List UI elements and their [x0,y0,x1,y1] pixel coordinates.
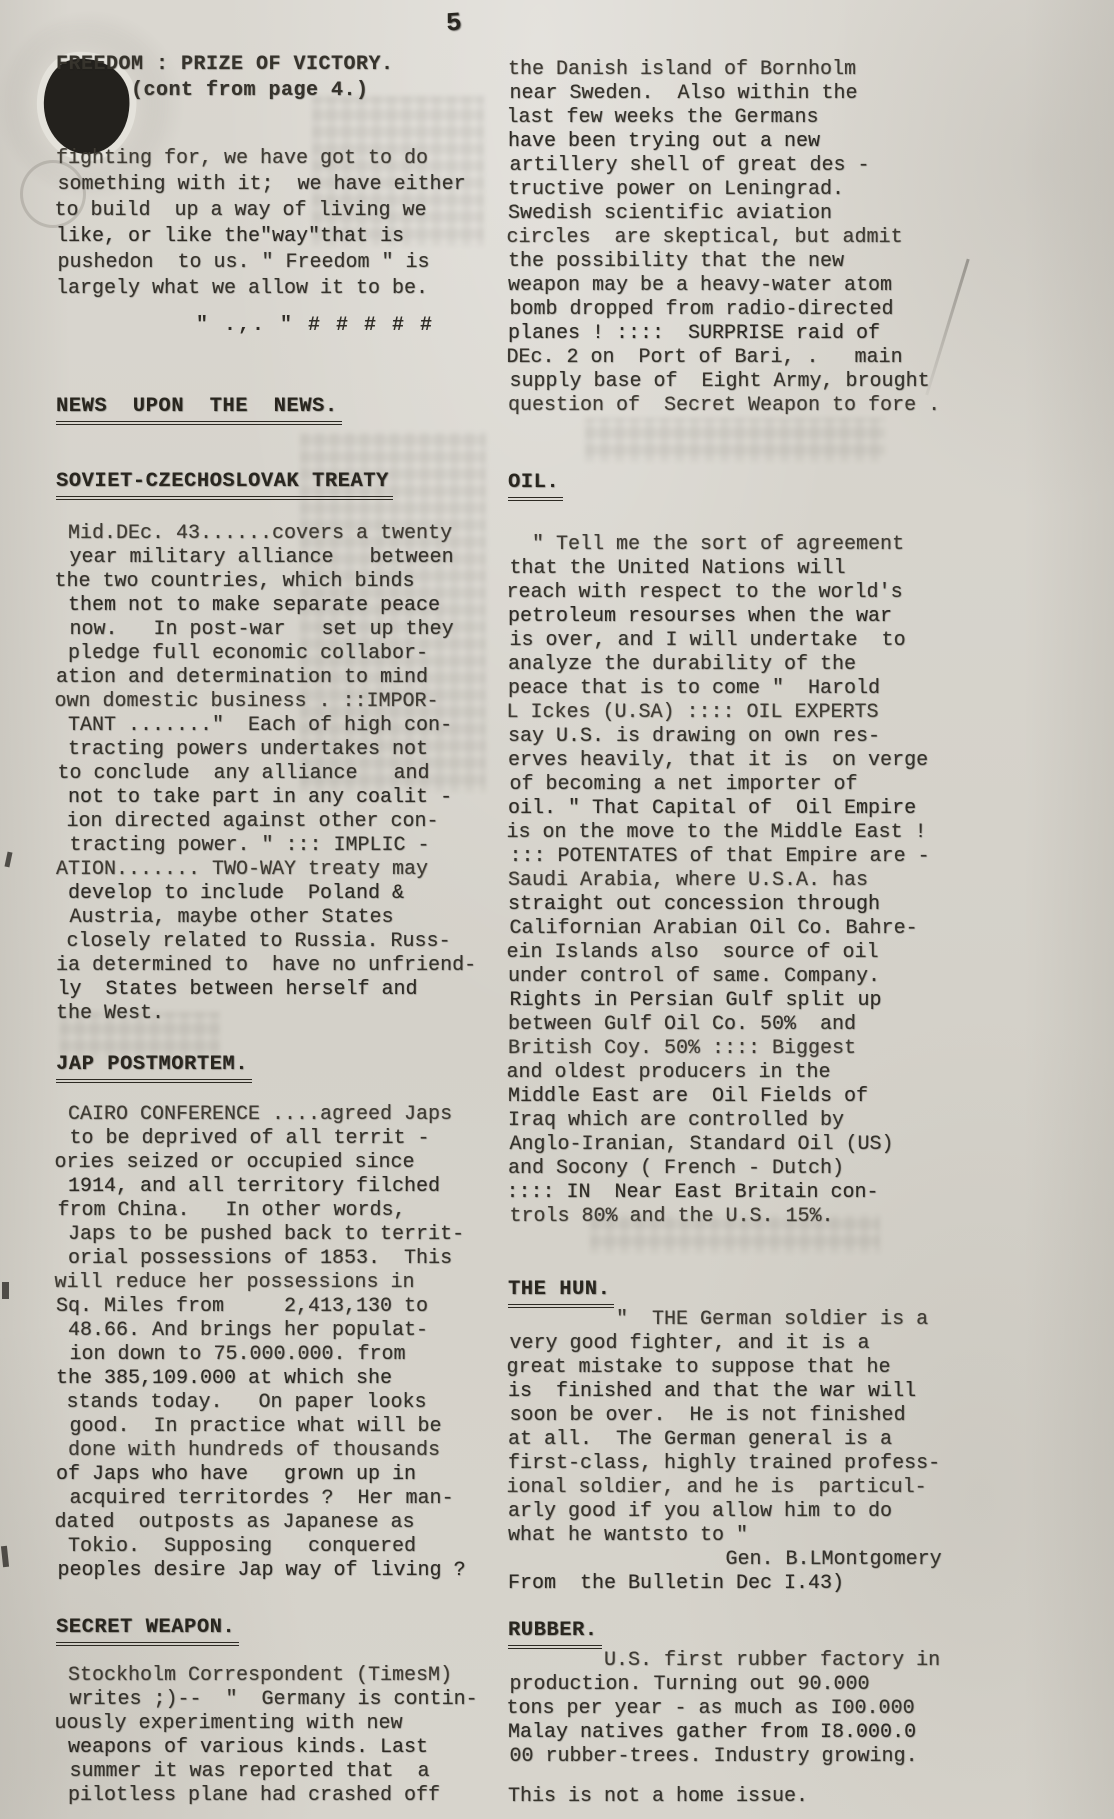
text-line: Anglo-Iranian, Standard Oil (US) [510,1133,1110,1157]
text-line: the Danish island of Bornholm [508,58,1108,82]
section-soviet-czechoslovak-treaty: SOVIET-CZECHOSLOVAK TREATY Mid.DEc. 43..… [56,469,506,1026]
text-line: Austria, maybe other States [58,906,508,930]
text-line: U.S. first rubber factory in [508,1649,1108,1673]
text-line: very good fighter, and it is a [510,1332,1110,1356]
text-line: arly good if you allow him to do [508,1500,1108,1524]
text-line: ia determined to have no unfriend- [56,954,506,978]
soviet-treaty-body: Mid.DEc. 43......covers a twenty year mi… [56,522,506,1026]
text-line: :::: IN Near East Britain con- [507,1181,1107,1205]
footer-note: This is not a home issue. [508,1785,1108,1809]
text-line: have been trying out a new [508,130,1108,154]
text-line: oil. " That Capital of Oil Empire [508,797,1108,821]
text-line: ::: POTENTATES of that Empire are - [510,845,1110,869]
text-line: under control of same. Company. [508,965,1108,989]
text-line: L Ickes (U.SA) :::: OIL EXPERTS [507,701,1107,725]
section-heading-the-hun: THE HUN. [508,1277,614,1308]
text-line: will reduce her possessions in [55,1271,505,1295]
text-line: Swedish scientific aviation [508,202,1108,226]
heading-row: SECRET WEAPON. [56,1615,506,1646]
text-line: Californian Arabian Oil Co. Bahre- [510,917,1110,941]
left-column: FREEDOM : PRIZE OF VICTORY. (cont from p… [56,52,506,1808]
article-title-continuation: (cont from page 4.) [56,78,506,104]
right-column: the Danish island of Bornholmnear Sweden… [508,58,1108,1809]
section-jap-postmortem: JAP POSTMORTEM. CAIRO CONFERENCE ....agr… [56,1052,506,1583]
text-line: orial possessions of 1853. This [56,1247,506,1271]
the-hun-body: " THE German soldier is avery good fight… [508,1308,1108,1596]
text-line: production. Turning out 90.000 [510,1673,1110,1697]
text-line: say U.S. is drawing on own res- [508,725,1108,749]
document-page: 5 FREEDOM : PRIZE OF VICTORY. (cont from… [0,0,1114,1819]
text-line: fighting for, we have got to do [56,146,506,172]
text-line: to conclude any alliance and [58,762,508,786]
secret-weapon-continuation-body: the Danish island of Bornholmnear Sweden… [508,58,1108,418]
text-line: British Coy. 50% :::: Biggest [508,1037,1108,1061]
text-line: circles are skeptical, but admit [507,226,1107,250]
text-line: at all. The German general is a [508,1428,1108,1452]
section-heading-rubber: RUBBER. [508,1618,602,1649]
text-line: tons per year - as much as I00.000 [507,1697,1107,1721]
text-line: TANT ......." Each of high con- [56,714,506,738]
text-line: 00 rubber-trees. Industry growing. [510,1745,1110,1769]
text-line: " THE German soldier is a [508,1308,1108,1332]
text-line: that the United Nations will [510,557,1110,581]
text-line: Malay natives gather from I8.000.0 [508,1721,1108,1745]
text-line: and oldest producers in the [507,1061,1107,1085]
text-line: straight out concession through [508,893,1108,917]
text-line: between Gulf Oil Co. 50% and [508,1013,1108,1037]
text-line: Tokio. Supposing conquered [56,1535,506,1559]
text-line: uously experimenting with new [55,1712,505,1736]
section-oil: OIL. " Tell me the sort of agreementthat… [508,470,1108,1229]
section-heading-oil: OIL. [508,470,563,501]
text-line: Saudi Arabia, where U.S.A. has [508,869,1108,893]
text-line: own domestic business . ::IMPOR- [55,690,505,714]
section-heading-jap-postmortem: JAP POSTMORTEM. [56,1052,252,1083]
text-line: soon be over. He is not finished [510,1404,1110,1428]
ink-speck [1,1546,9,1568]
text-line: last few weeks the Germans [507,106,1107,130]
heading-row: THE HUN. [508,1277,1108,1308]
text-line: 1914, and all territory filched [56,1175,506,1199]
text-line: From the Bulletin Dec I.43) [508,1572,1108,1596]
text-line: ion directed against other con- [55,810,505,834]
text-line: what he wantsto to " [508,1524,1108,1548]
rubber-body: U.S. first rubber factory inproduction. … [508,1649,1108,1769]
text-line: the West. [56,1002,506,1026]
text-line: Mid.DEc. 43......covers a twenty [56,522,506,546]
ink-speck [4,852,12,868]
article-title-line: FREEDOM : PRIZE OF VICTORY. [56,52,506,78]
text-line: them not to make separate peace [56,594,506,618]
typed-separator: " .,. " # # # # # [56,314,506,338]
heading-row: JAP POSTMORTEM. [56,1052,506,1083]
text-line: pledge full economic collabor- [56,642,506,666]
text-line: artillery shell of great des - [510,154,1110,178]
text-line: of becoming a net importer of [510,773,1110,797]
text-line: ion down to 75.000.000. from [58,1343,508,1367]
text-line: 48.66. And brings her populat- [56,1319,506,1343]
text-line: good. In practice what will be [58,1415,508,1439]
text-line: now. In post-war set up they [58,618,508,642]
text-line: peoples desire Jap way of living ? [58,1559,508,1583]
text-line: ional soldier, and he is particul- [507,1476,1107,1500]
text-line: erves heavily, that it is on verge [508,749,1108,773]
text-line: Rights in Persian Gulf split up [510,989,1110,1013]
text-line: first-class, highly trained profess- [508,1452,1108,1476]
text-line: closely related to Russia. Russ- [55,930,505,954]
text-line: from China. In other words, [58,1199,508,1223]
text-line: develop to include Poland & [56,882,506,906]
section-heading-secret-weapon: SECRET WEAPON. [56,1615,239,1646]
text-line: is finished and that the war will [508,1380,1108,1404]
text-line: ation and determination to mind [56,666,506,690]
text-line: Sq. Miles from 2,413,130 to [56,1295,506,1319]
page-number: 5 [445,7,463,38]
text-line: ly States between herself and [58,978,508,1002]
text-line: peace that is to come " Harold [508,677,1108,701]
masthead-row: NEWS UPON THE NEWS. [56,394,506,425]
text-line: planes ! :::: SURPRISE raid of [508,322,1108,346]
text-line: ATION....... TWO-WAY treaty may [56,858,506,882]
freedom-article-body: fighting for, we have got to dosomething… [56,146,506,302]
text-line: analyze the durability of the [508,653,1108,677]
text-line: dated outposts as Japanese as [55,1511,505,1535]
text-line: Iraq which are controlled by [508,1109,1108,1133]
text-line: near Sweden. Also within the [510,82,1110,106]
text-line: the possibility that the new [508,250,1108,274]
text-line: great mistake to suppose that he [507,1356,1107,1380]
text-line: pushedon to us. " Freedom " is [58,250,508,276]
text-line: something with it; we have either [58,172,508,198]
secret-weapon-body: Stockholm Correspondent (TimesM) writes … [56,1664,506,1808]
text-line: to be deprived of all territ - [58,1127,508,1151]
text-line: supply base of Eight Army, brought [510,370,1110,394]
text-line: question of Secret Weapon to fore . [508,394,1108,418]
text-line: pilotless plane had crashed off [56,1784,506,1808]
text-line: stands today. On paper looks [55,1391,505,1415]
section-the-hun: THE HUN. " THE German soldier is avery g… [508,1277,1108,1596]
text-line: Japs to be pushed back to territ- [56,1223,506,1247]
text-line: reach with respect to the world's [507,581,1107,605]
text-line: weapon may be a heavy-water atom [508,274,1108,298]
section-heading-soviet-treaty: SOVIET-CZECHOSLOVAK TREATY [56,469,393,500]
masthead-news-upon-the-news: NEWS UPON THE NEWS. [56,394,342,425]
text-line: not to take part in any coalit - [56,786,506,810]
section-secret-weapon: SECRET WEAPON. Stockholm Correspondent (… [56,1615,506,1808]
text-line: is over, and I will undertake to [510,629,1110,653]
text-line: is on the move to the Middle East ! [507,821,1107,845]
heading-row: SOVIET-CZECHOSLOVAK TREATY [56,469,506,500]
text-line: trols 80% and the U.S. 15%. [510,1205,1110,1229]
text-line: done with hundreds of thousands [56,1439,506,1463]
text-line: and Socony ( French - Dutch) [508,1157,1108,1181]
text-line: DEc. 2 on Port of Bari, . main [507,346,1107,370]
text-line: the 385,109.000 at which she [56,1367,506,1391]
text-line: Middle East are Oil Fields of [508,1085,1108,1109]
section-rubber: RUBBER. U.S. first rubber factory inprod… [508,1618,1108,1769]
text-line: bomb dropped from radio-directed [510,298,1110,322]
text-line: year military alliance between [58,546,508,570]
text-line: acquired territordes ? Her man- [58,1487,508,1511]
text-line: tracting powers undertakes not [56,738,506,762]
text-line: tructive power on Leningrad. [508,178,1108,202]
jap-postmortem-body: CAIRO CONFERENCE ....agreed Japs to be d… [56,1103,506,1583]
text-line: Gen. B.LMontgomery [510,1548,1110,1572]
text-line: of Japs who have grown up in [56,1463,506,1487]
article-title-freedom: FREEDOM : PRIZE OF VICTORY. (cont from p… [56,52,506,104]
text-line: petroleum resourses when the war [508,605,1108,629]
text-line: Stockholm Correspondent (TimesM) [56,1664,506,1688]
text-line: largely what we allow it to be. [56,276,506,302]
heading-row: RUBBER. [508,1618,1108,1649]
text-line: weapons of various kinds. Last [56,1736,506,1760]
oil-body: " Tell me the sort of agreementthat the … [508,533,1108,1229]
ink-speck [2,1282,9,1299]
text-line: ein Islands also source of oil [507,941,1107,965]
text-line: the two countries, which binds [55,570,505,594]
text-line: like, or like the"way"that is [56,224,506,250]
heading-row: OIL. [508,470,1108,501]
text-line: ories seized or occupied since [55,1151,505,1175]
text-line: summer it was reported that a [58,1760,508,1784]
text-line: CAIRO CONFERENCE ....agreed Japs [56,1103,506,1127]
text-line: " Tell me the sort of agreement [508,533,1108,557]
text-line: to build up a way of living we [55,198,505,224]
text-line: writes ;)-- " Germany is contin- [58,1688,508,1712]
text-line: tracting power. " ::: IMPLIC - [58,834,508,858]
